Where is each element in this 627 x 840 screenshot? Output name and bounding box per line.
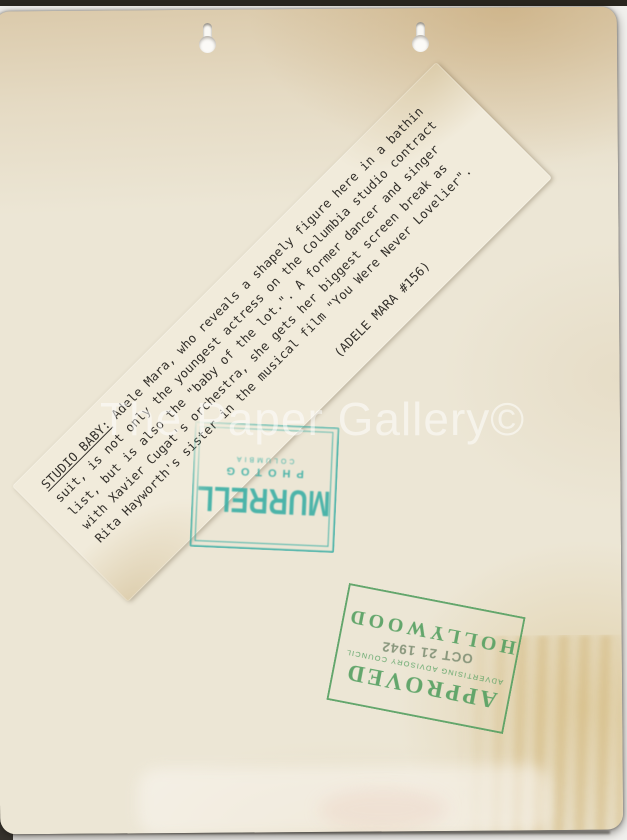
watermark-text: The Paper Gallery© [100,392,525,446]
murrell-stamp-name: MURRELL [196,479,331,521]
punch-hole-opening [199,36,216,53]
punch-hole-right [412,22,429,52]
scanner-lid-edge [0,0,627,6]
punch-hole-left [199,23,216,53]
punch-hole-opening [412,35,429,52]
